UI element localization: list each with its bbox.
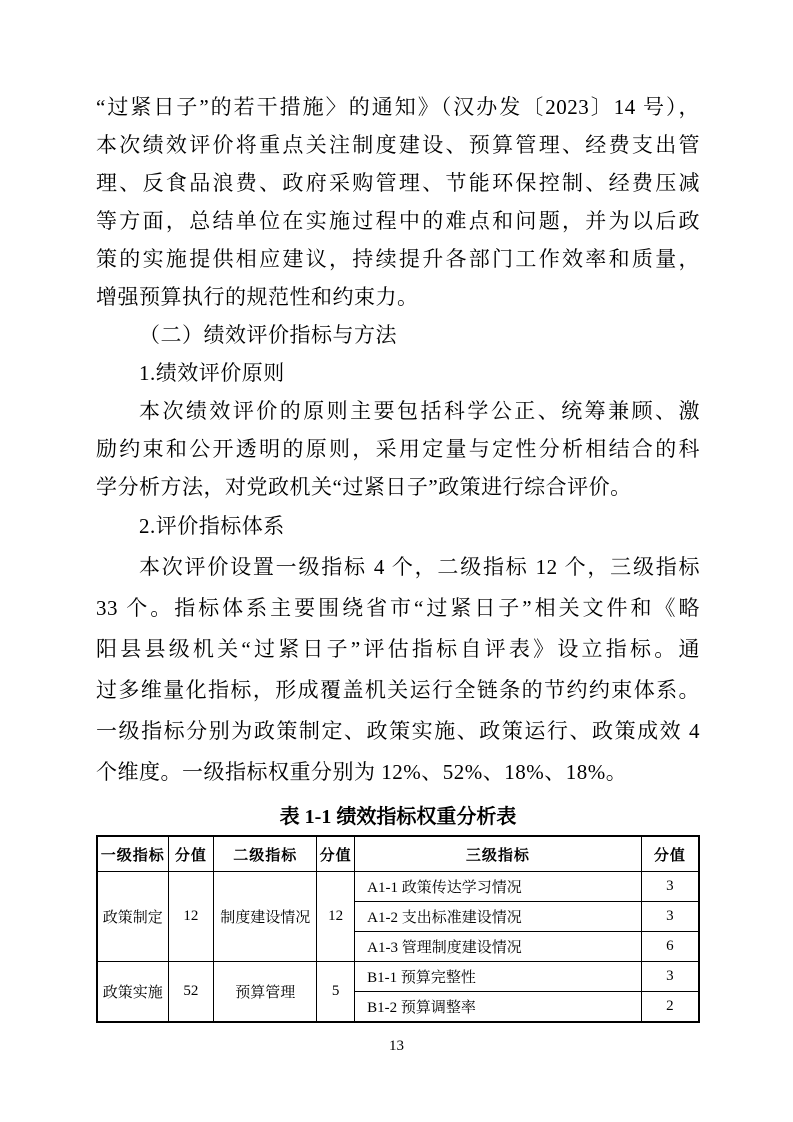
heading-2-1: 1.绩效评价原则 (96, 354, 700, 392)
table-cell: 3 (641, 872, 699, 902)
table-header-row: 一级指标分值二级指标分值三级指标分值 (97, 836, 699, 872)
table-cell: 3 (641, 902, 699, 932)
table-cell: B1-1 预算完整性 (355, 962, 642, 992)
text-line: 理、反食品浪费、政府采购管理、节能环保控制、经费压减 (96, 164, 700, 202)
body-text: “过紧日子”的若干措施〉的通知》（汉办发〔2023〕14 号），本次绩效评价将重… (96, 88, 700, 793)
text-line: 励约束和公开透明的原则，采用定量与定性分析相结合的科 (96, 430, 700, 468)
table-row: 政策制定12制度建设情况12A1-1 政策传达学习情况3 (97, 872, 699, 902)
text-line: 2.评价指标体系 (96, 506, 700, 547)
text-line: （二）绩效评价指标与方法 (96, 316, 700, 354)
table-cell: 12 (317, 872, 355, 962)
page-number: 13 (0, 1038, 793, 1055)
text-line: 过多维量化指标，形成覆盖机关运行全链条的节约约束体系。 (96, 670, 700, 711)
text-line: 阳县县级机关“过紧日子”评估指标自评表》设立指标。通 (96, 629, 700, 670)
table-cell: 制度建设情况 (214, 872, 317, 962)
table-header-cell: 三级指标 (355, 836, 642, 872)
text-line: 1.绩效评价原则 (96, 354, 700, 392)
text-line: 等方面，总结单位在实施过程中的难点和问题，并为以后政 (96, 202, 700, 240)
table-cell: 2 (641, 992, 699, 1023)
indicator-weight-table: 一级指标分值二级指标分值三级指标分值 政策制定12制度建设情况12A1-1 政策… (96, 835, 700, 1023)
text-line: 33 个。指标体系主要围绕省市“过紧日子”相关文件和《略 (96, 588, 700, 629)
table-header-cell: 一级指标 (97, 836, 168, 872)
table-title: 表 1-1 绩效指标权重分析表 (96, 801, 700, 833)
table-header-cell: 分值 (168, 836, 214, 872)
text-line: 一级指标分别为政策制定、政策实施、政策运行、政策成效 4 (96, 711, 700, 752)
para-notice-continuation: “过紧日子”的若干措施〉的通知》（汉办发〔2023〕14 号），本次绩效评价将重… (96, 88, 700, 316)
text-line: 增强预算执行的规范性和约束力。 (96, 278, 700, 316)
para-evaluation-principles: 本次绩效评价的原则主要包括科学公正、统筹兼顾、激励约束和公开透明的原则，采用定量… (96, 392, 700, 506)
table-cell: 3 (641, 962, 699, 992)
document-page-body: “过紧日子”的若干措施〉的通知》（汉办发〔2023〕14 号），本次绩效评价将重… (96, 88, 700, 1023)
table-cell: B1-2 预算调整率 (355, 992, 642, 1023)
heading-section-2: （二）绩效评价指标与方法 (96, 316, 700, 354)
table-cell: 52 (168, 962, 214, 1023)
table-cell: 5 (317, 962, 355, 1023)
table-cell: 6 (641, 932, 699, 962)
heading-2-2: 2.评价指标体系 (96, 506, 700, 547)
table-cell: A1-3 管理制度建设情况 (355, 932, 642, 962)
table-cell: 政策制定 (97, 872, 168, 962)
text-line: 策的实施提供相应建议，持续提升各部门工作效率和质量， (96, 240, 700, 278)
text-line: 本次评价设置一级指标 4 个，二级指标 12 个，三级指标 (96, 547, 700, 588)
table-cell: 政策实施 (97, 962, 168, 1023)
text-line: 本次绩效评价将重点关注制度建设、预算管理、经费支出管 (96, 126, 700, 164)
table-header-cell: 二级指标 (214, 836, 317, 872)
text-line: 学分析方法，对党政机关“过紧日子”政策进行综合评价。 (96, 468, 700, 506)
table-row: 政策实施52预算管理5B1-1 预算完整性3 (97, 962, 699, 992)
text-line: 本次绩效评价的原则主要包括科学公正、统筹兼顾、激 (96, 392, 700, 430)
table-header-cell: 分值 (317, 836, 355, 872)
table-cell: 12 (168, 872, 214, 962)
table-cell: A1-2 支出标准建设情况 (355, 902, 642, 932)
text-line: 个维度。一级指标权重分别为 12%、52%、18%、18%。 (96, 752, 700, 793)
table-cell: 预算管理 (214, 962, 317, 1023)
para-indicator-system: 本次评价设置一级指标 4 个，二级指标 12 个，三级指标33 个。指标体系主要… (96, 547, 700, 793)
text-line: “过紧日子”的若干措施〉的通知》（汉办发〔2023〕14 号）， (96, 88, 700, 126)
table-cell: A1-1 政策传达学习情况 (355, 872, 642, 902)
table-header-cell: 分值 (641, 836, 699, 872)
